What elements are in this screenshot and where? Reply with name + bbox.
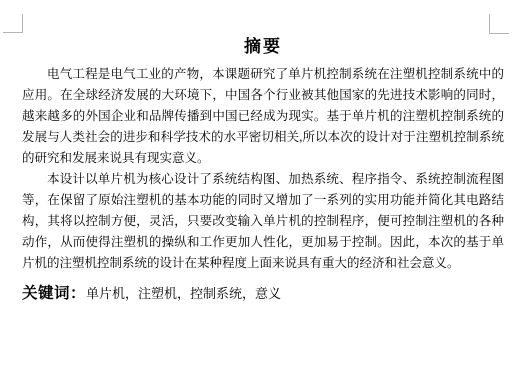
margin-crop-mark-top-left <box>3 14 23 33</box>
abstract-paragraph-2: 本设计以单片机为核心设计了系统结构图、加热系统、程序指令、系统控制流程图等，在保… <box>22 169 504 274</box>
keywords-value: 单片机，注塑机，控制系统，意义 <box>86 286 281 301</box>
document-content: 摘要 电气工程是电气工业的产物，本课题研究了单片机控制系统在注塑机控制系统中的应… <box>22 33 504 305</box>
abstract-paragraph-1: 电气工程是电气工业的产物，本课题研究了单片机控制系统在注塑机控制系统中的应用。在… <box>22 64 504 169</box>
document-page: 摘要 电气工程是电气工业的产物，本课题研究了单片机控制系统在注塑机控制系统中的应… <box>0 0 523 389</box>
keywords-label: 关键词： <box>22 285 86 302</box>
margin-crop-mark-top-right <box>489 14 509 34</box>
keywords-line: 关键词：单片机，注塑机，控制系统，意义 <box>22 283 504 305</box>
abstract-title: 摘要 <box>22 33 504 60</box>
